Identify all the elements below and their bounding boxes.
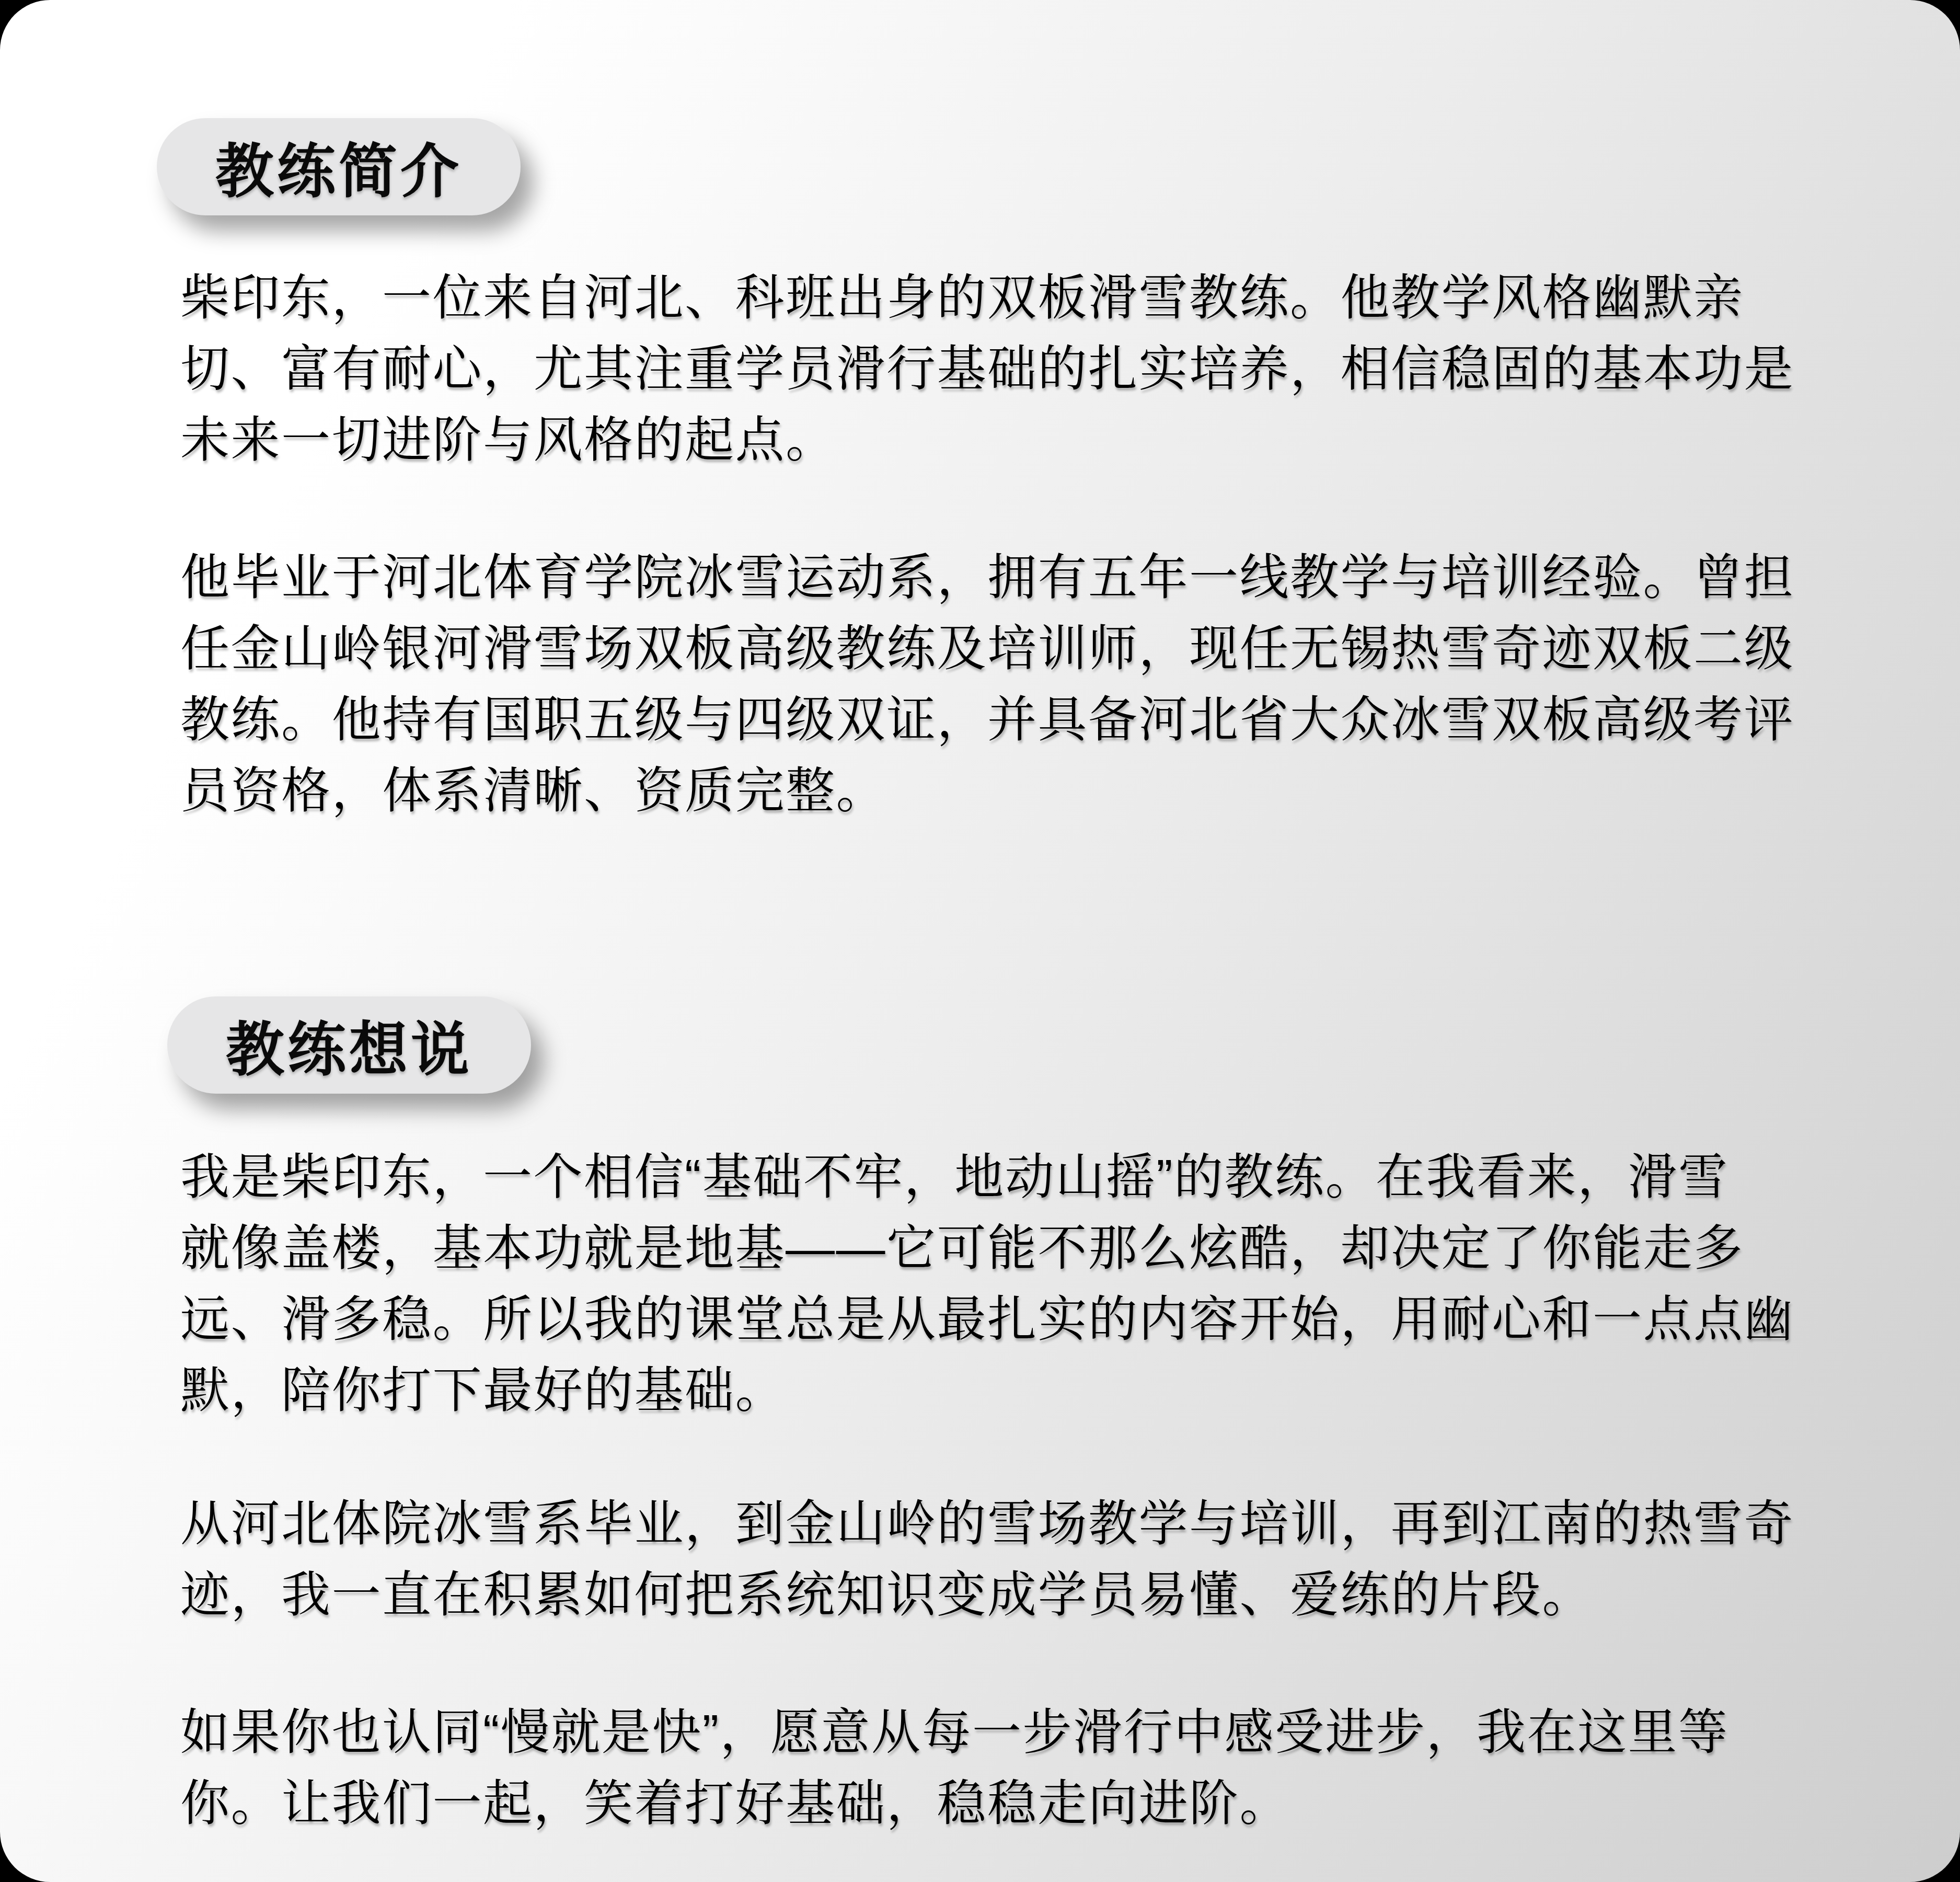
message-paragraph-3: 如果你也认同“慢就是快”，愿意从每一步滑行中感受进步，我在这里等 你。让我们一起… — [180, 1697, 1832, 1839]
text-line: 默，陪你打下最好的基础。 — [180, 1355, 1832, 1426]
intro-paragraph-2: 他毕业于河北体育学院冰雪运动系，拥有五年一线教学与培训经验。曾担 任金山岭银河滑… — [180, 542, 1832, 827]
text-line: 远、滑多稳。所以我的课堂总是从最扎实的内容开始，用耐心和一点点幽 — [180, 1284, 1832, 1355]
text-line: 任金山岭银河滑雪场双板高级教练及培训师，现任无锡热雪奇迹双板二级 — [180, 613, 1832, 684]
section-badge-coach-intro: 教练简介 — [157, 118, 521, 215]
text-line: 未来一切进阶与风格的起点。 — [180, 405, 1832, 476]
section-badge-coach-intro-label: 教练简介 — [215, 125, 462, 209]
message-paragraph-2: 从河北体院冰雪系毕业，到金山岭的雪场教学与培训，再到江南的热雪奇 迹，我一直在积… — [180, 1488, 1832, 1631]
text-line: 员资格，体系清晰、资质完整。 — [180, 755, 1832, 827]
page: 教练简介 柴印东，一位来自河北、科班出身的双板滑雪教练。他教学风格幽默亲 切、富… — [0, 0, 1960, 1882]
intro-paragraph-1: 柴印东，一位来自河北、科班出身的双板滑雪教练。他教学风格幽默亲 切、富有耐心，尤… — [180, 262, 1832, 476]
message-paragraph-1: 我是柴印东，一个相信“基础不牢，地动山摇”的教练。在我看来，滑雪 就像盖楼，基本… — [180, 1142, 1832, 1426]
text-line: 就像盖楼，基本功就是地基——它可能不那么炫酷，却决定了你能走多 — [180, 1213, 1832, 1284]
text-line: 我是柴印东，一个相信“基础不牢，地动山摇”的教练。在我看来，滑雪 — [180, 1142, 1832, 1213]
text-line: 他毕业于河北体育学院冰雪运动系，拥有五年一线教学与培训经验。曾担 — [180, 542, 1832, 613]
text-line: 从河北体院冰雪系毕业，到金山岭的雪场教学与培训，再到江南的热雪奇 — [180, 1488, 1832, 1559]
text-line: 迹，我一直在积累如何把系统知识变成学员易懂、爱练的片段。 — [180, 1559, 1832, 1631]
text-line: 柴印东，一位来自河北、科班出身的双板滑雪教练。他教学风格幽默亲 — [180, 262, 1832, 334]
text-line: 你。让我们一起，笑着打好基础，稳稳走向进阶。 — [180, 1768, 1832, 1839]
text-line: 教练。他持有国职五级与四级双证，并具备河北省大众冰雪双板高级考评 — [180, 684, 1832, 755]
text-line: 切、富有耐心，尤其注重学员滑行基础的扎实培养，相信稳固的基本功是 — [180, 334, 1832, 405]
coach-profile-card: 教练简介 柴印东，一位来自河北、科班出身的双板滑雪教练。他教学风格幽默亲 切、富… — [0, 0, 1960, 1882]
text-line: 如果你也认同“慢就是快”，愿意从每一步滑行中感受进步，我在这里等 — [180, 1697, 1832, 1768]
section-badge-coach-message-label: 教练想说 — [226, 1003, 472, 1087]
section-badge-coach-message: 教练想说 — [167, 996, 531, 1094]
